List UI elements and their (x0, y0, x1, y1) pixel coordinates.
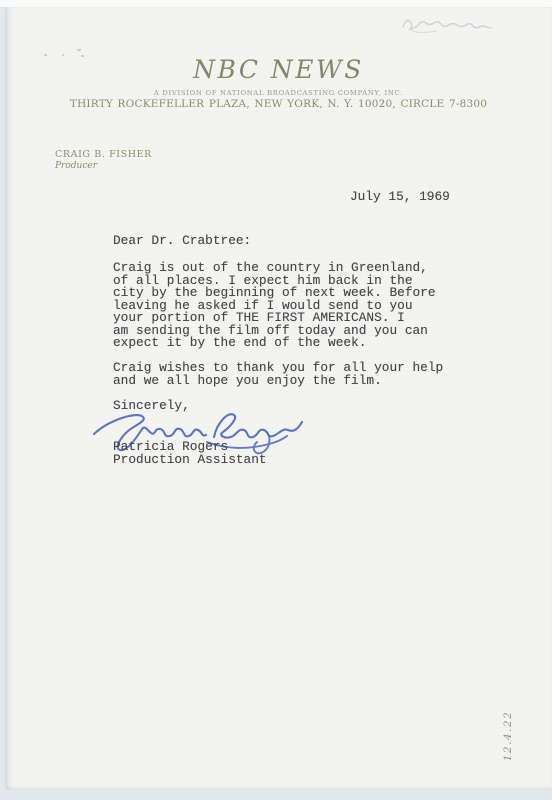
letter-paper: NBC NEWS A DIVISION OF NATIONAL BROADCAS… (5, 7, 552, 790)
typed-signature-title: Production Assistant (113, 454, 267, 467)
scanned-letter: NBC NEWS A DIVISION OF NATIONAL BROADCAS… (0, 0, 552, 800)
letterhead-brand: NBC NEWS (5, 55, 552, 84)
salutation: Dear Dr. Crabtree: (113, 235, 251, 248)
margin-note-vertical: 12.4.22 (502, 705, 514, 767)
pencil-inscription-top-right (398, 8, 500, 36)
letterhead-division-line: A DIVISION OF NATIONAL BROADCASTING COMP… (5, 89, 552, 97)
sender-name: CRAIG B. FISHER (55, 149, 152, 160)
scan-edge-top (0, 0, 552, 7)
letterhead-address-line: THIRTY ROCKEFELLER PLAZA, NEW YORK, N. Y… (5, 98, 552, 110)
body-paragraph: Craig wishes to thank you for all your h… (113, 362, 443, 387)
letter-date: July 15, 1969 (350, 191, 450, 204)
body-paragraph: Craig is out of the country in Greenland… (113, 262, 436, 350)
sender-title: Producer (55, 161, 97, 171)
